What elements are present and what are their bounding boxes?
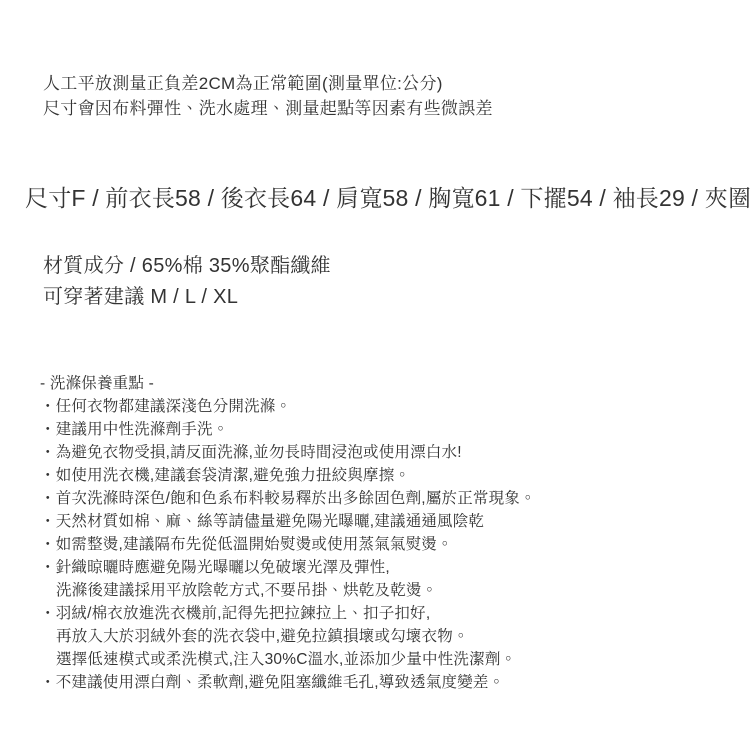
measurement-note-line2: 尺寸會因布料彈性、洗水處理、測量起點等因素有些微誤差 — [43, 96, 493, 121]
care-line-continuation: 再放入大於羽絨外套的洗衣袋中,避免拉鎮損壞或勾壞衣物。 — [40, 625, 536, 648]
care-line: ・羽絨/棉衣放進洗衣機前,記得先把拉鍊拉上、扣子扣好, — [40, 602, 536, 625]
measurement-note-line1: 人工平放測量正負差2CM為正常範圍(測量單位:公分) — [43, 71, 493, 96]
care-instructions: - 洗滌保養重點 - ・任何衣物都建議深淺色分開洗滌。 ・建議用中性洗滌劑手洗。… — [40, 372, 536, 694]
care-line: ・不建議使用漂白劑、柔軟劑,避免阻塞纖維毛孔,導致透氣度變差。 — [40, 671, 536, 694]
size-spec-line: 尺寸F / 前衣長58 / 後衣長64 / 肩寬58 / 胸寬61 / 下擺54… — [25, 183, 750, 213]
product-description-page: 人工平放測量正負差2CM為正常範圍(測量單位:公分) 尺寸會因布料彈性、洗水處理… — [0, 0, 750, 750]
care-line: ・任何衣物都建議深淺色分開洗滌。 — [40, 395, 536, 418]
measurement-note: 人工平放測量正負差2CM為正常範圍(測量單位:公分) 尺寸會因布料彈性、洗水處理… — [43, 71, 493, 121]
material-composition: 材質成分 / 65%棉 35%聚酯纖維 — [43, 251, 331, 282]
care-line-continuation: 選擇低速模式或柔洗模式,注入30%C溫水,並添加少量中性洗潔劑。 — [40, 648, 536, 671]
care-line: ・如需整燙,建議隔布先從低溫開始熨燙或使用蒸氣氣熨燙。 — [40, 533, 536, 556]
care-line: ・首次洗滌時深色/飽和色系布料較易釋於出多餘固色劑,屬於正常現象。 — [40, 487, 536, 510]
care-line: ・如使用洗衣機,建議套袋清潔,避免強力扭絞與摩擦。 — [40, 464, 536, 487]
care-line: ・針織晾曬時應避免陽光曝曬以免破壞光澤及彈性, — [40, 556, 536, 579]
care-line: ・建議用中性洗滌劑手洗。 — [40, 418, 536, 441]
wearing-size-suggestion: 可穿著建議 M / L / XL — [43, 282, 331, 313]
care-line-continuation: 洗滌後建議採用平放陰乾方式,不要吊掛、烘乾及乾燙。 — [40, 579, 536, 602]
care-title: - 洗滌保養重點 - — [40, 372, 536, 395]
care-line: ・為避免衣物受損,請反面洗滌,並勿長時間浸泡或使用漂白水! — [40, 441, 536, 464]
care-line: ・天然材質如棉、麻、絲等請儘量避免陽光曝曬,建議通通風陰乾 — [40, 510, 536, 533]
material-info: 材質成分 / 65%棉 35%聚酯纖維 可穿著建議 M / L / XL — [43, 251, 331, 313]
